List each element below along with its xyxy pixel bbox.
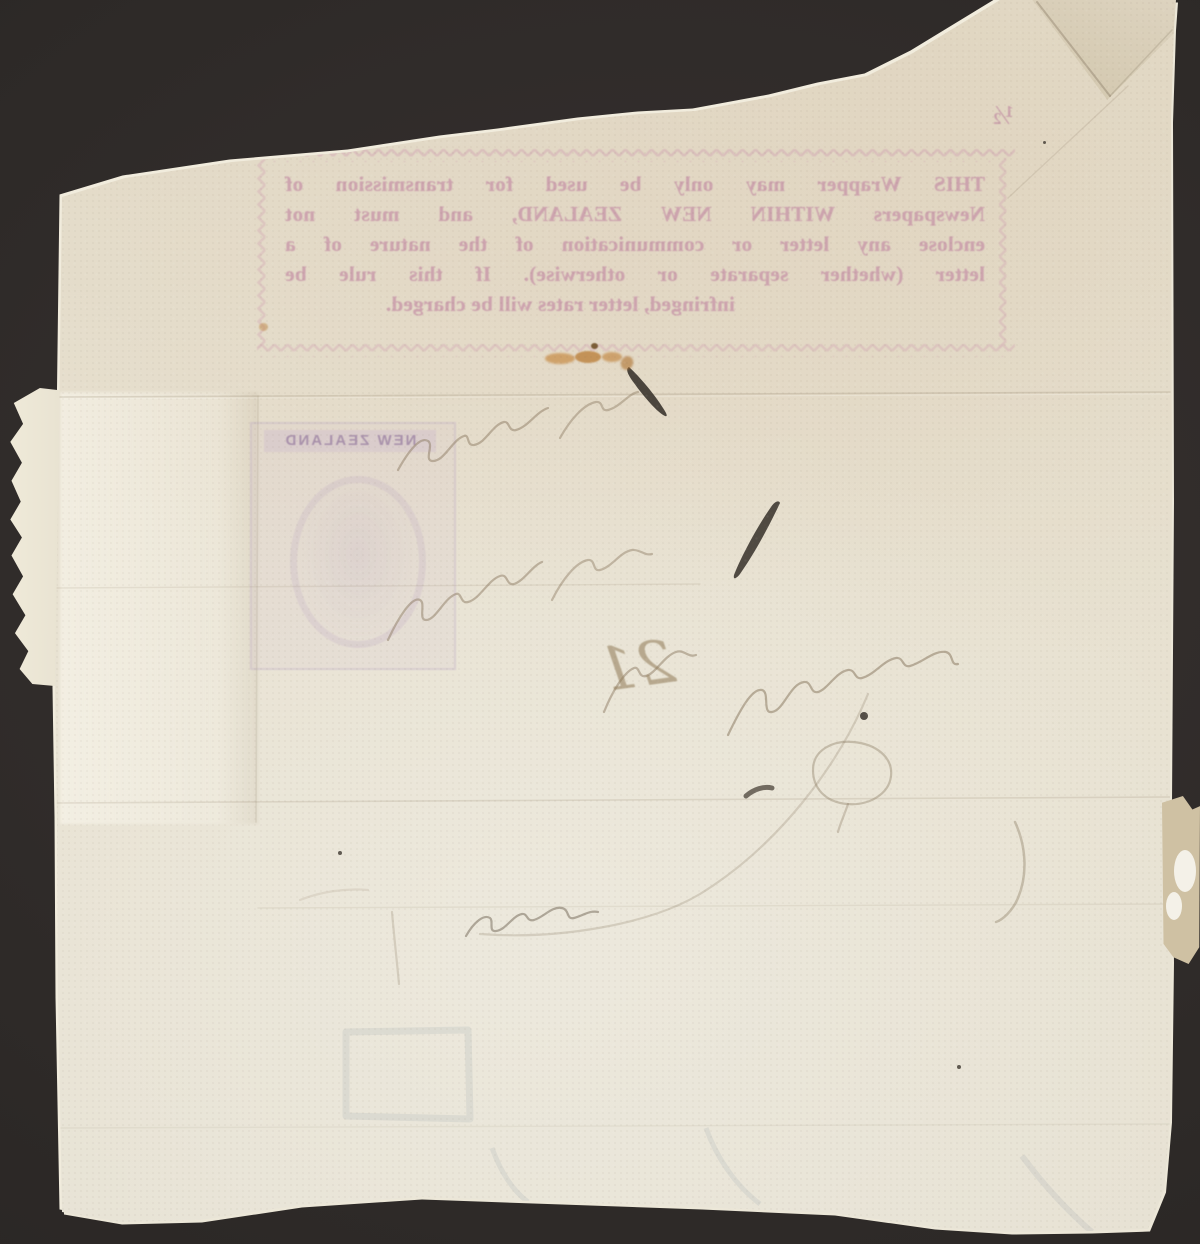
wrapper-back-paper: THIS Wrapper may only be used for transm… [0, 0, 1200, 1244]
photo-background: THIS Wrapper may only be used for transm… [0, 0, 1200, 1244]
tape-residue-blob [1166, 892, 1182, 920]
tape-residue-blob [1174, 850, 1196, 892]
tape-fragment-right [1162, 796, 1200, 964]
paper-grain [0, 0, 1200, 1244]
